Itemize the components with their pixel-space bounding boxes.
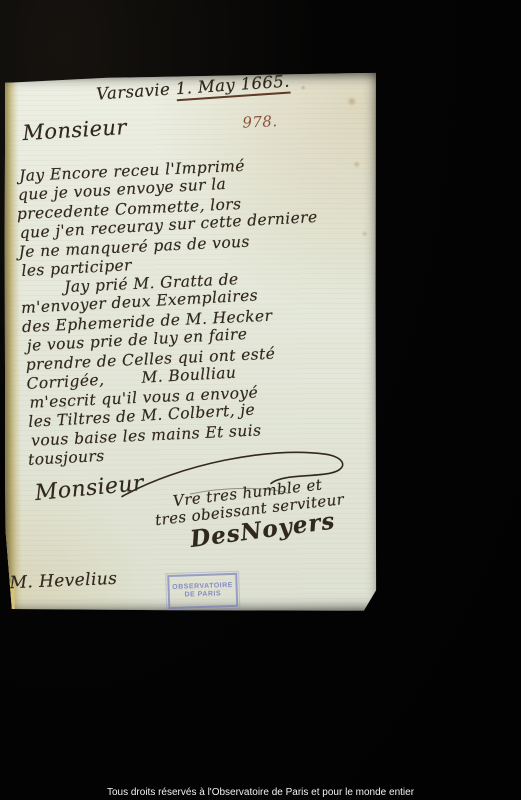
foxing-spot — [346, 97, 357, 106]
salutation: Monsieur — [22, 115, 128, 145]
manuscript-page: Varsavie 1. May 1665. 978. Monsieur Jay … — [2, 73, 382, 614]
letter-body: Jay Encore receu l'Imprimé que je vous e… — [15, 151, 385, 477]
foxing-spot — [300, 85, 306, 90]
dateline-place: Varsavie — [96, 79, 177, 103]
folio-number: 978. — [242, 112, 278, 131]
manuscript-line: tousjours — [28, 447, 105, 469]
dateline: Varsavie 1. May 1665. — [96, 71, 291, 103]
copyright-footer: Tous droits réservés à l'Observatoire de… — [0, 786, 521, 799]
dateline-date: 1. May 1665. — [175, 71, 291, 101]
addressee-note: M. Hevelius — [9, 569, 117, 593]
observatoire-stamp: OBSERVATOIRE DE PARIS — [167, 573, 238, 609]
stamp-line2: DE PARIS — [184, 590, 221, 599]
scan-viewer: Varsavie 1. May 1665. 978. Monsieur Jay … — [0, 0, 521, 800]
